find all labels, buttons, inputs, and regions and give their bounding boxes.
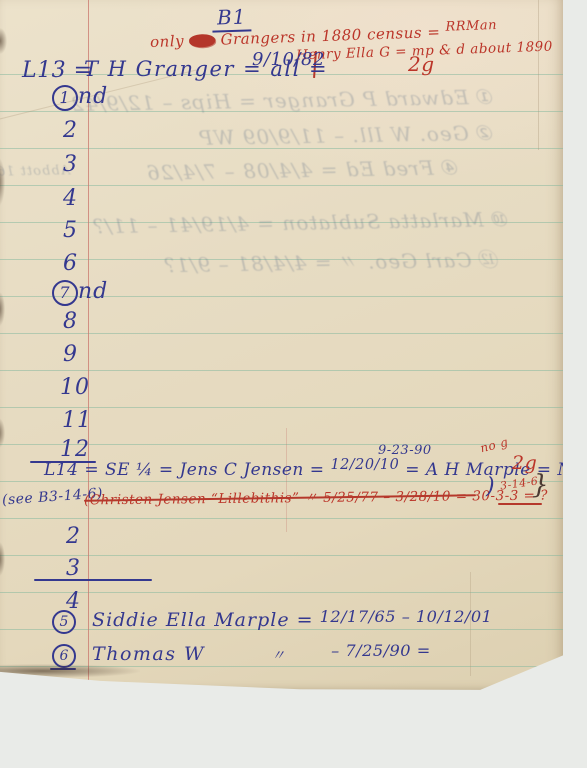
list-item-10: 10	[60, 375, 90, 400]
circled-number: 7	[52, 280, 78, 306]
list-item-suffix: nd	[78, 84, 108, 109]
l14-item-2: 2	[66, 524, 81, 549]
entry-5-name: Siddie Ella Marple =	[92, 609, 313, 631]
list-item-12: 12	[60, 437, 90, 462]
l13-date: 9/10/82	[252, 49, 325, 70]
entry-5-dates: 12/17/65 – 10/12/01	[320, 607, 493, 626]
list-item-1: 1nd	[52, 84, 108, 111]
list-item-suffix: nd	[78, 279, 108, 304]
paper-crease	[286, 428, 287, 532]
l14-lead-text: L14 = SE ¼ = Jens C Jensen = 12/20/10 = …	[44, 460, 587, 480]
edge-smudge	[0, 542, 5, 576]
page-label: B1	[212, 4, 252, 32]
circled-number: 1	[52, 85, 78, 111]
paper-crease	[538, 0, 539, 150]
list-item-9: 9	[63, 342, 78, 367]
circled-number: 5	[52, 610, 76, 634]
red-annotation-name: RRMan	[445, 18, 497, 35]
l14-date: 12/20/10	[330, 457, 399, 473]
edge-smudge	[0, 292, 5, 326]
list-item-2: 2	[63, 118, 78, 143]
bleed-through-text: ⑫ Carl Geo. 〃 = 4/4/81 – 9/1?	[200, 243, 500, 277]
underline	[34, 579, 152, 581]
entry-5: 5 Siddie Ella Marple = 12/17/65 – 10/12/…	[52, 609, 492, 634]
list-item-4: 4	[63, 186, 78, 211]
l14-item-3: 3	[66, 556, 81, 581]
red-grade-note: 2g	[408, 52, 435, 76]
list-item-7: 7nd	[52, 279, 108, 306]
l14-lot-and-owner: L14 = SE ¼ = Jens C Jensen =	[44, 460, 325, 480]
bleed-through-text: Abbott 16	[0, 163, 70, 179]
edge-smudge	[0, 158, 5, 206]
list-item-8: 8	[63, 309, 78, 334]
scribbled-out-word	[189, 34, 215, 48]
list-item-6: 6	[63, 251, 78, 276]
edge-smudge	[0, 28, 7, 54]
l14-transfer-text: = A H Marple = N ½ NE ¼ =	[405, 460, 587, 480]
ditto-mark: 〃	[271, 648, 285, 664]
paper-sheet: ① Edward P Granger = Hips – 12/9/42 ② Ge…	[0, 0, 563, 692]
l14-above-date: 9-23-90	[378, 443, 432, 458]
red-underline	[498, 503, 542, 505]
scanned-notebook-page: ① Edward P Granger = Hips – 12/9/42 ② Ge…	[0, 0, 587, 768]
list-item-3: 3	[63, 152, 78, 177]
close-paren: )	[486, 474, 495, 499]
edge-smudge	[0, 418, 5, 448]
list-item-11: 11	[62, 408, 92, 433]
entry-6-name: Thomas W	[92, 643, 205, 665]
torn-bottom-shadow	[0, 664, 140, 678]
red-annotation-prefix: only	[150, 32, 185, 51]
brace-mark: }	[532, 470, 549, 500]
l13-lot-label: L13 =	[22, 58, 93, 83]
entry-6-dates: – 7/25/90 =	[331, 641, 431, 660]
list-item-5: 5	[63, 218, 78, 243]
